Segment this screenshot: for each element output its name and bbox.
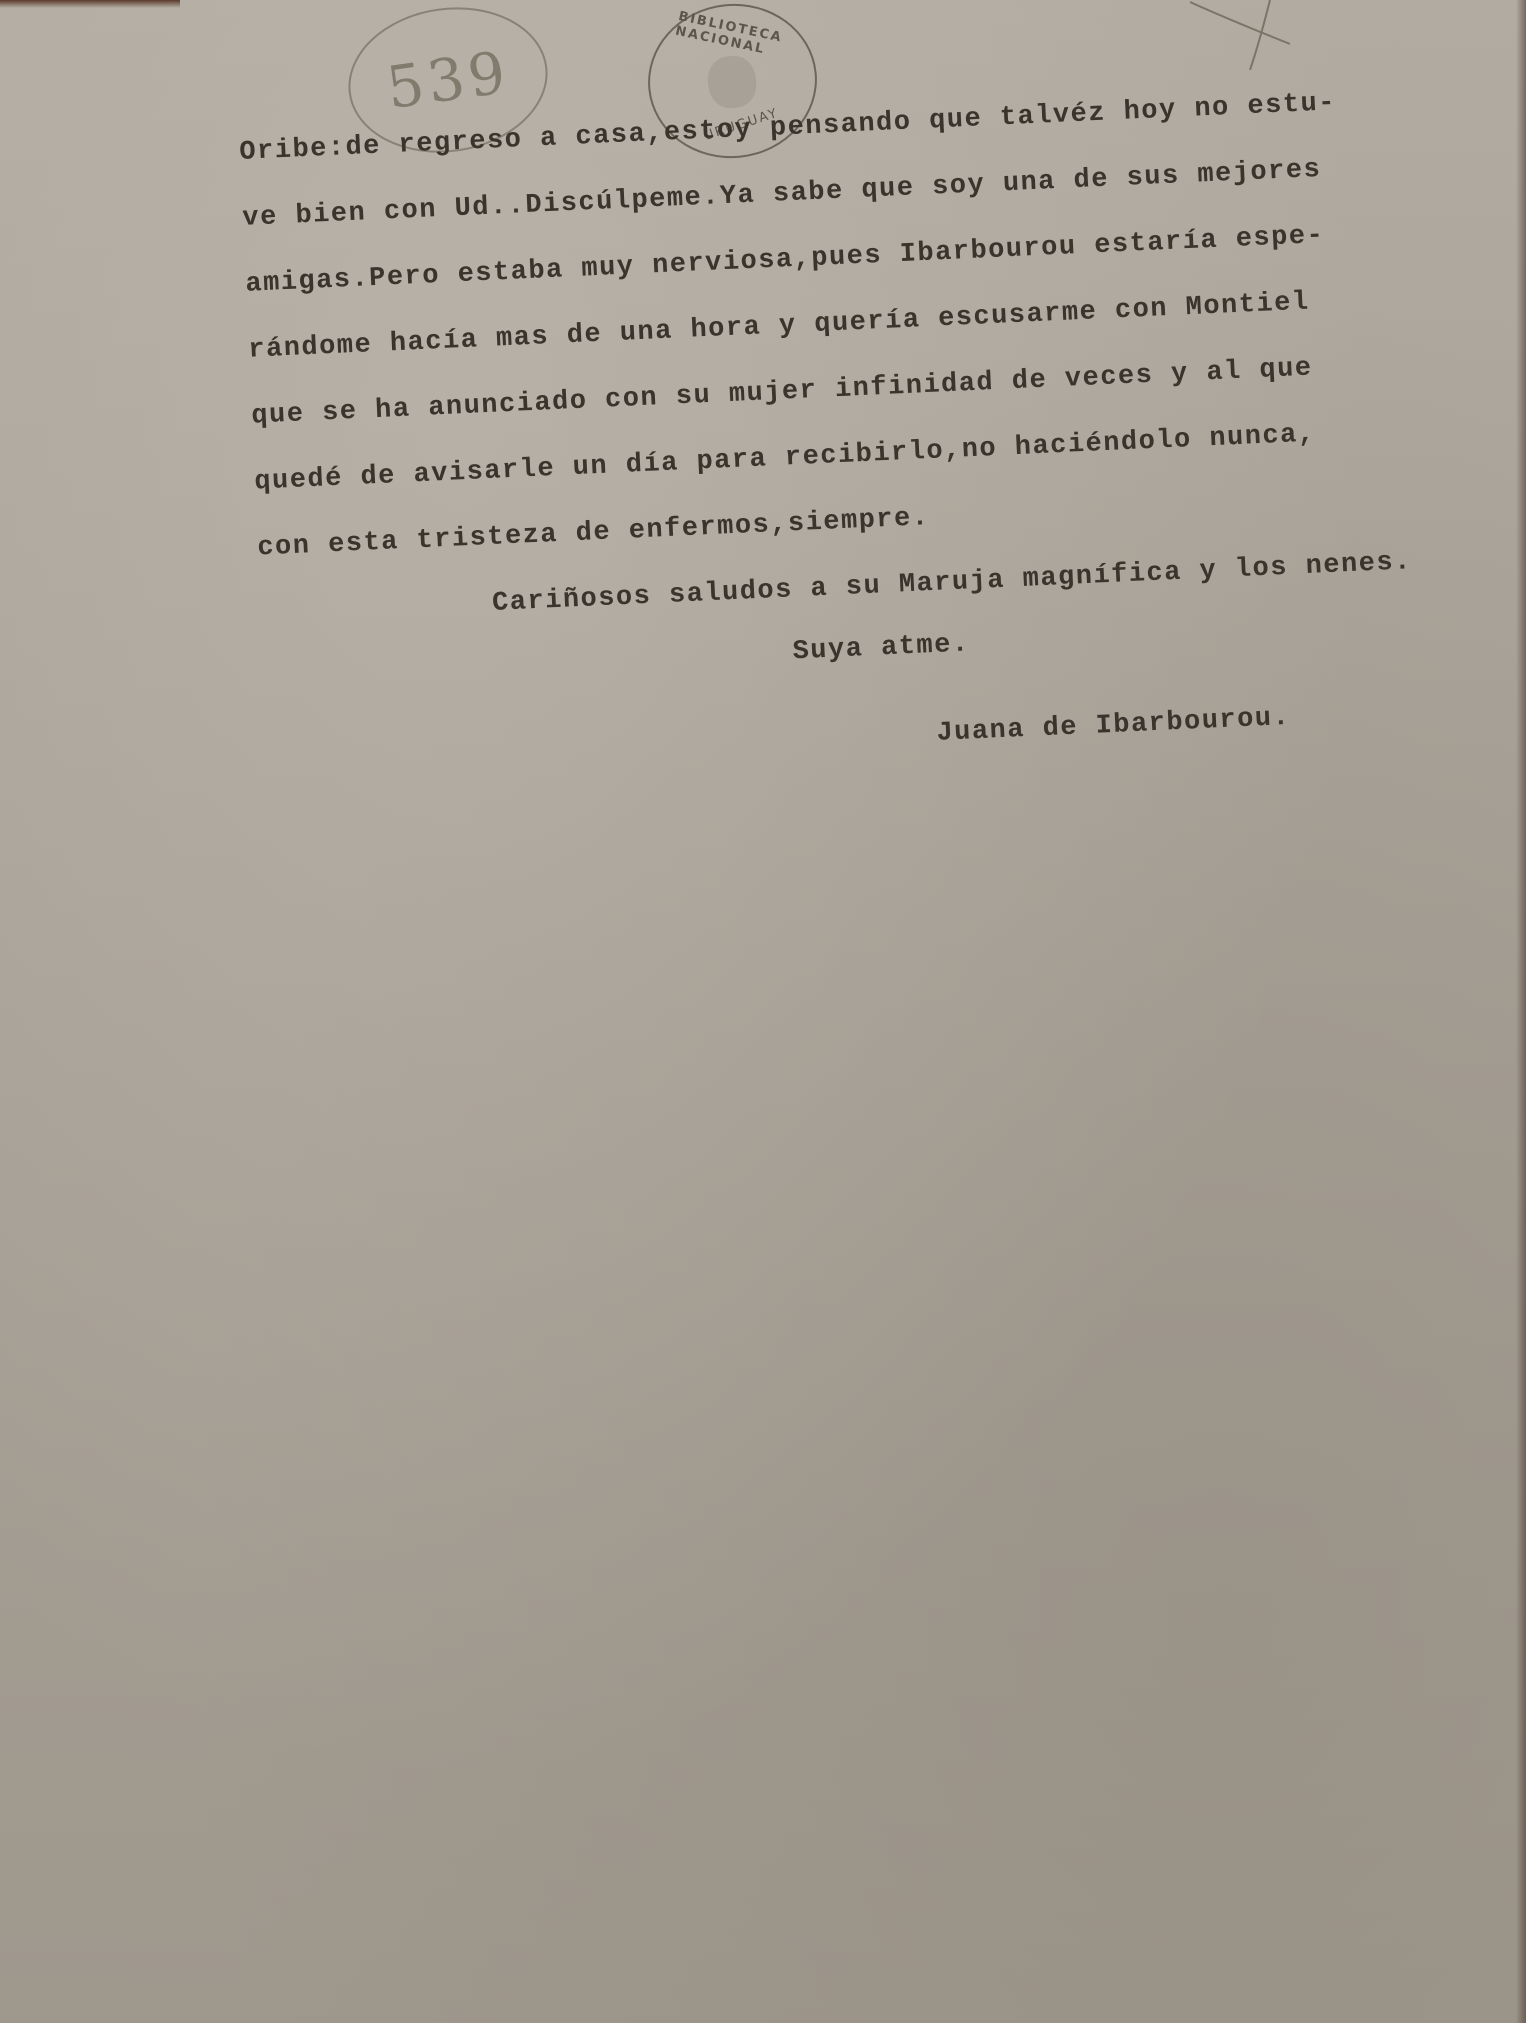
paper-edge-right [1516,0,1526,2023]
paper-edge-top [0,0,180,8]
letter-body: Oribe:de regreso a casa,estoy pensando q… [238,63,1526,797]
pencil-mark-icon [1190,0,1310,70]
